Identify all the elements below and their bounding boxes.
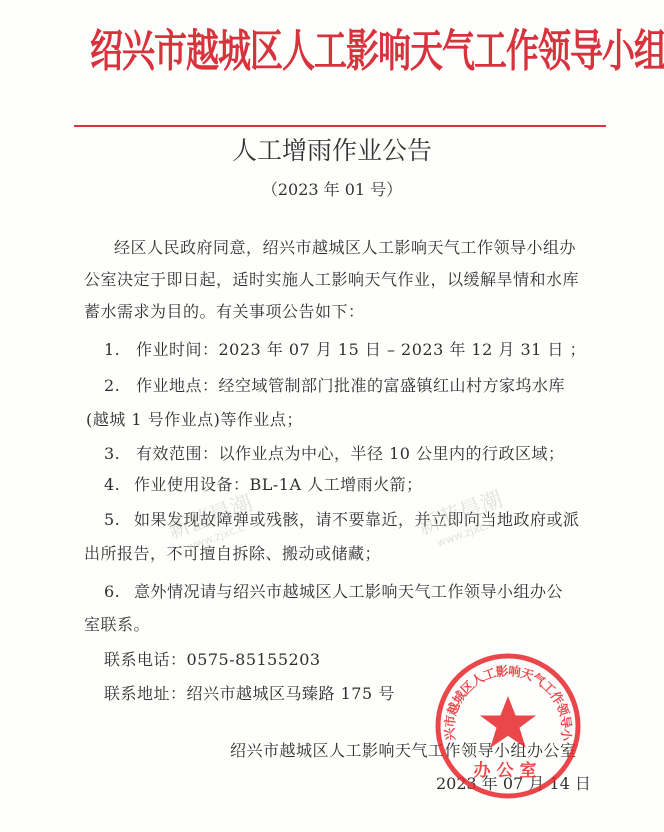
watermark: 新蓝晨潮www.zjxc.c: [413, 482, 511, 553]
contact-address-value: 绍兴市越城区马臻路 175 号: [187, 684, 395, 703]
item-1: 1.作业时间：2023 年 07 月 15 日 – 2023 年 12 月 31…: [104, 338, 586, 362]
item-number: 4.: [104, 473, 134, 497]
red-divider: [74, 125, 606, 127]
item-text: 作业时间：2023 年 07 月 15 日 – 2023 年 12 月 31 日…: [136, 340, 586, 359]
item-text: 作业使用设备：BL-1A 人工增雨火箭；: [134, 475, 423, 494]
item-text: 意外情况请与绍兴市越城区人工影响天气工作领导小组办公: [134, 582, 563, 601]
item-number: 5.: [104, 508, 134, 532]
official-seal: 绍兴市越城区人工影响天气工作领导小组 办公室: [434, 652, 582, 800]
item-2: 2.作业地点：经空域管制部门批准的富盛镇红山村方家坞水库: [104, 374, 565, 398]
item-text: 有效范围：以作业点为中心，半径 10 公里内的行政区域；: [136, 444, 565, 463]
document-number: （2023 年 01 号）: [0, 178, 664, 202]
item-4: 4.作业使用设备：BL-1A 人工增雨火箭；: [104, 473, 423, 497]
intro-line-3: 蓄水需求为目的。有关事项公告如下：: [84, 300, 365, 324]
contact-phone-value: 0575-85155203: [187, 650, 321, 669]
contact-address-label: 联系地址：: [104, 684, 187, 703]
item-6-cont: 室联系。: [84, 613, 150, 637]
item-number: 6.: [104, 580, 134, 604]
document-title: 人工增雨作业公告: [0, 134, 664, 168]
item-5-cont: 出所报告，不可擅自拆除、搬动或储藏；: [84, 542, 381, 566]
item-number: 2.: [104, 374, 136, 398]
seal-bottom-text: 办公室: [474, 760, 543, 781]
contact-phone-label: 联系电话：: [104, 650, 187, 669]
item-number: 3.: [104, 442, 136, 466]
item-3: 3.有效范围：以作业点为中心，半径 10 公里内的行政区域；: [104, 442, 565, 466]
item-text: 作业地点：经空域管制部门批准的富盛镇红山村方家坞水库: [136, 376, 565, 395]
org-header-title: 绍兴市越城区人工影响天气工作领导小组办公室: [90, 6, 605, 95]
intro-line-1: 经区人民政府同意，绍兴市越城区人工影响天气工作领导小组办: [114, 236, 576, 260]
intro-line-2: 公室决定于即日起，适时实施人工影响天气作业，以缓解旱情和水库: [84, 268, 579, 292]
item-6: 6.意外情况请与绍兴市越城区人工影响天气工作领导小组办公: [104, 580, 563, 604]
contact-phone: 联系电话：0575-85155203: [104, 648, 321, 672]
item-2-cont: (越城 1 号作业点)等作业点；: [86, 408, 303, 432]
star-icon: [480, 696, 536, 748]
item-number: 1.: [104, 338, 136, 362]
contact-address: 联系地址：绍兴市越城区马臻路 175 号: [104, 682, 395, 706]
